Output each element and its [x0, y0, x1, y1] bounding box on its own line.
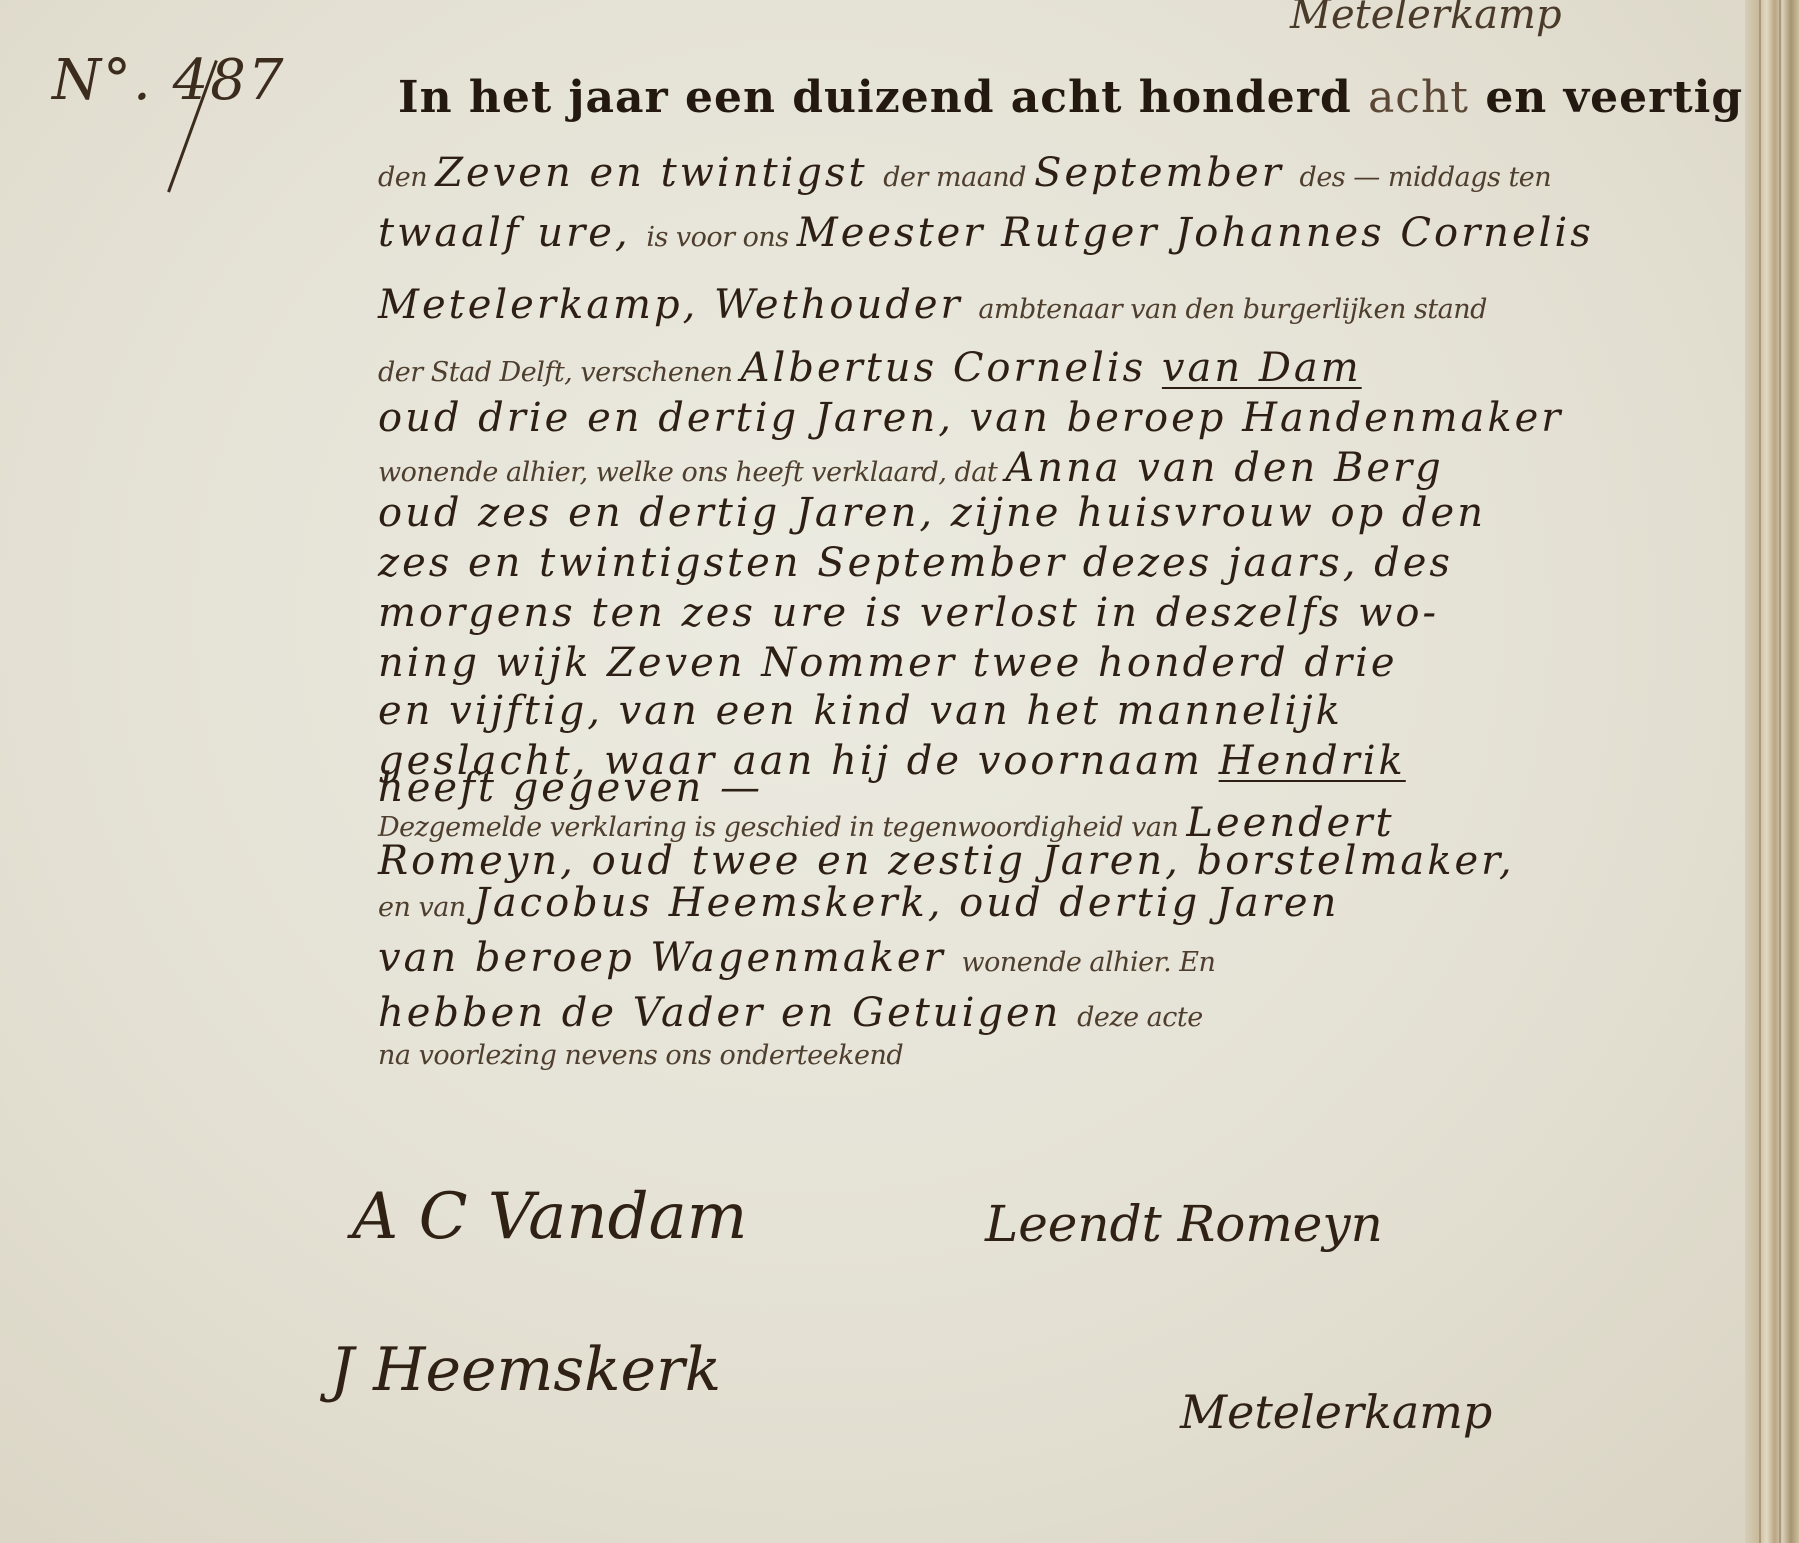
register-page: Metelerkamp N°. 487 In het jaar een duiz… — [0, 0, 1745, 1543]
printed-form-text: des — middags ten — [1300, 162, 1552, 193]
header-printed-prefix: In het jaar een duizend acht honderd — [398, 72, 1352, 123]
certificate-line: morgens ten zes ure is verlost in deszel… — [378, 590, 1439, 636]
certificate-line: hebben de Vader en Getuigen deze acte — [378, 990, 1203, 1036]
certificate-line: twaalf ure, is voor ons Meester Rutger J… — [378, 210, 1594, 256]
handwritten-text: Meester Rutger Johannes Cornelis — [797, 210, 1594, 256]
binding-line — [1759, 0, 1761, 1543]
handwritten-text: ning wijk Zeven Nommer twee honderd drie — [378, 640, 1398, 686]
signature-witness-romeyn: Leendt Romeyn — [985, 1195, 1383, 1253]
printed-header-line: In het jaar een duizend acht honderd ach… — [398, 72, 1743, 123]
printed-form-text: en van — [378, 892, 474, 923]
handwritten-text: Albertus Cornelis — [741, 345, 1162, 391]
handwritten-text: van Dam — [1162, 345, 1362, 391]
entry-number: N°. 487 — [52, 48, 286, 113]
handwritten-text: Anna van den Berg — [1005, 445, 1443, 491]
signature-witness-heemskerk: J Heemskerk — [330, 1335, 721, 1405]
printed-form-text: na voorlezing nevens ons onderteekend — [378, 1040, 903, 1071]
handwritten-text: Jacobus Heemskerk, oud dertig Jaren — [474, 880, 1340, 926]
handwritten-text: Zeven en twintigst — [435, 150, 883, 196]
printed-form-text: wonende alhier, welke ons heeft verklaar… — [378, 457, 1005, 488]
binding-line — [1779, 0, 1781, 1543]
handwritten-text: oud zes en dertig Jaren, zijne huisvrouw… — [378, 490, 1486, 536]
certificate-line: Romeyn, oud twee en zestig Jaren, borste… — [378, 838, 1515, 884]
book-binding-edge — [1745, 0, 1799, 1543]
printed-form-text: is voor ons — [646, 222, 796, 253]
signature-official-metelerkamp: Metelerkamp — [1180, 1385, 1492, 1439]
handwritten-text: zes en twintigsten September dezes jaars… — [378, 540, 1453, 586]
handwritten-text: van beroep Wagenmaker — [378, 935, 961, 981]
certificate-line: na voorlezing nevens ons onderteekend — [378, 1040, 903, 1071]
printed-form-text: deze acte — [1077, 1002, 1203, 1033]
certificate-line: der Stad Delft, verschenen Albertus Corn… — [378, 345, 1362, 391]
signature-father: A C Vandam — [352, 1180, 747, 1254]
handwritten-text: Romeyn, oud twee en zestig Jaren, borste… — [378, 838, 1515, 884]
handwritten-text: twaalf ure, — [378, 210, 646, 256]
handwritten-text: oud drie en dertig Jaren, van beroep Han… — [378, 395, 1563, 441]
certificate-line: Metelerkamp, Wethouder ambtenaar van den… — [378, 282, 1487, 328]
certificate-line: wonende alhier, welke ons heeft verklaar… — [378, 445, 1444, 491]
certificate-line: oud zes en dertig Jaren, zijne huisvrouw… — [378, 490, 1486, 536]
printed-form-text: der Stad Delft, verschenen — [378, 357, 741, 388]
header-filled-year: acht — [1368, 72, 1469, 123]
handwritten-text: Metelerkamp, Wethouder — [378, 282, 978, 328]
handwritten-text: hebben de Vader en Getuigen — [378, 990, 1077, 1036]
header-printed-suffix: en veertig — [1485, 72, 1743, 123]
certificate-line: en van Jacobus Heemskerk, oud dertig Jar… — [378, 880, 1339, 926]
certificate-line: ning wijk Zeven Nommer twee honderd drie — [378, 640, 1398, 686]
certificate-line: oud drie en dertig Jaren, van beroep Han… — [378, 395, 1563, 441]
certificate-line: van beroep Wagenmaker wonende alhier. En — [378, 935, 1215, 981]
handwritten-text: en vijftig, van een kind van het manneli… — [378, 688, 1343, 734]
certificate-line: en vijftig, van een kind van het manneli… — [378, 688, 1343, 734]
certificate-line: zes en twintigsten September dezes jaars… — [378, 540, 1453, 586]
printed-form-text: ambtenaar van den burgerlijken stand — [978, 294, 1487, 325]
handwritten-text: morgens ten zes ure is verlost in deszel… — [378, 590, 1439, 636]
handwritten-text: September — [1034, 150, 1299, 196]
certificate-line: den Zeven en twintigst der maand Septemb… — [378, 150, 1551, 196]
handwritten-text: Hendrik — [1219, 738, 1406, 784]
printed-form-text: wonende alhier. En — [961, 947, 1215, 978]
printed-form-text: der maand — [883, 162, 1034, 193]
top-signature-previous-entry: Metelerkamp — [1290, 0, 1562, 38]
printed-form-text: den — [378, 162, 435, 193]
